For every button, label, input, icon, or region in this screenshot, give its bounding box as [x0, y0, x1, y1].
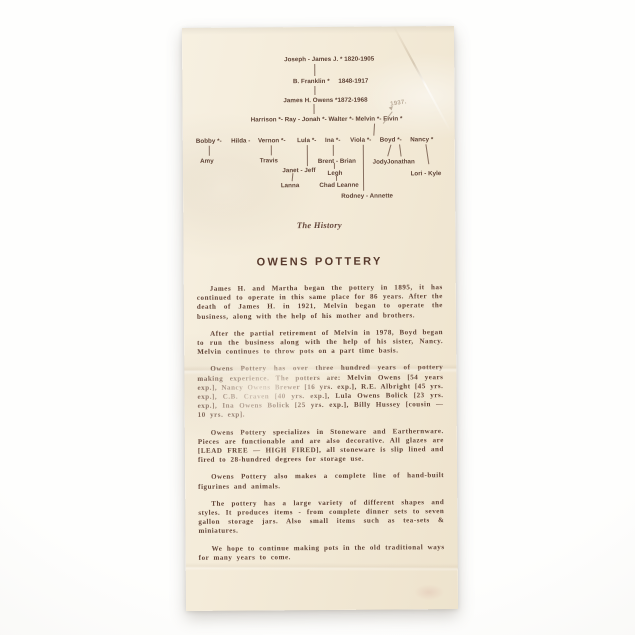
tree-node-lula: Lula *-	[297, 137, 316, 144]
tree-node-bobby: Bobby *-	[196, 138, 222, 145]
tree-connector-line	[399, 144, 402, 156]
tree-node-janet-jeff: Janet - Jeff	[282, 167, 315, 174]
tree-node-jonathan: Jonathan	[387, 158, 415, 165]
tree-connector-line	[314, 64, 315, 76]
history-paragraph: Owens Pottery specializes in Stoneware a…	[198, 427, 444, 466]
tree-node-legh: Legh	[327, 170, 342, 177]
tree-node-jody: Jody	[373, 159, 388, 166]
tree-connector-line	[314, 104, 315, 114]
tree-node-travis: Travis	[260, 157, 278, 164]
tree-node-ina: Ina *-	[325, 137, 340, 144]
tree-node-franklin-years: 1848-1917	[338, 78, 368, 85]
tree-connector-line	[209, 146, 210, 156]
tree-connector-line	[334, 163, 335, 169]
tree-node-nancy: Nancy *	[410, 136, 433, 143]
history-paragraph: We hope to continue making pots in the o…	[199, 543, 445, 563]
tree-node-james-h-owens: James H. Owens *1872-1968	[283, 97, 367, 105]
tree-node-viola: Viola *-	[350, 137, 371, 144]
pamphlet-paper: Joseph - James J. * 1820-1905 B. Frankli…	[182, 26, 458, 611]
tree-connector-line	[314, 86, 315, 95]
history-paragraph: James H. and Martha began the pottery in…	[197, 283, 443, 322]
section-kicker: The History	[196, 219, 442, 231]
tree-node-chad-leanne: Chad Leanne	[319, 182, 358, 189]
tree-node-hilda: Hilda -	[231, 137, 250, 144]
tree-node-b-franklin: B. Franklin *	[293, 78, 330, 85]
tree-node-amy: Amy	[200, 158, 214, 165]
paper-smudge	[414, 584, 444, 600]
tree-connector-line	[363, 145, 364, 191]
tree-connector-line	[333, 145, 334, 156]
history-paragraph: Owens Pottery has over three hundred yea…	[197, 364, 443, 421]
history-paragraph: Owens Pottery also makes a complete line…	[198, 472, 444, 492]
tree-node-lori-kyle: Lori - Kyle	[411, 170, 442, 177]
tree-node-gen4-siblings: Harrison *- Ray - Jonah *- Walter *- Mel…	[251, 115, 403, 123]
history-paragraph: The pottery has a large variety of diffe…	[198, 498, 444, 537]
tree-connector-line	[387, 145, 391, 157]
tree-node-joseph-james: Joseph - James J. * 1820-1905	[284, 56, 374, 64]
tree-connector-line	[373, 124, 375, 136]
tree-node-brent-brian: Brent - Brian	[318, 158, 356, 165]
tree-node-lanna: Lanna	[281, 182, 300, 189]
tree-connector-line	[425, 144, 429, 164]
history-section: The History OWENS POTTERY James H. and M…	[196, 219, 444, 571]
photo-background: Joseph - James J. * 1820-1905 B. Frankli…	[0, 0, 635, 635]
tree-connector-line	[336, 176, 337, 181]
history-paragraph: After the partial retirement of Melvin i…	[197, 328, 443, 357]
tree-node-vernon: Vernon *-	[258, 137, 286, 144]
tree-node-boyd: Boyd *-	[380, 136, 402, 143]
family-tree: Joseph - James J. * 1820-1905 B. Frankli…	[182, 26, 454, 28]
tree-node-rodney-annette: Rodney - Annette	[341, 192, 393, 199]
tree-connector-line	[307, 145, 308, 166]
page-title: OWENS POTTERY	[197, 255, 443, 269]
tree-connector-line	[292, 173, 294, 181]
tree-connector-line	[271, 145, 272, 155]
